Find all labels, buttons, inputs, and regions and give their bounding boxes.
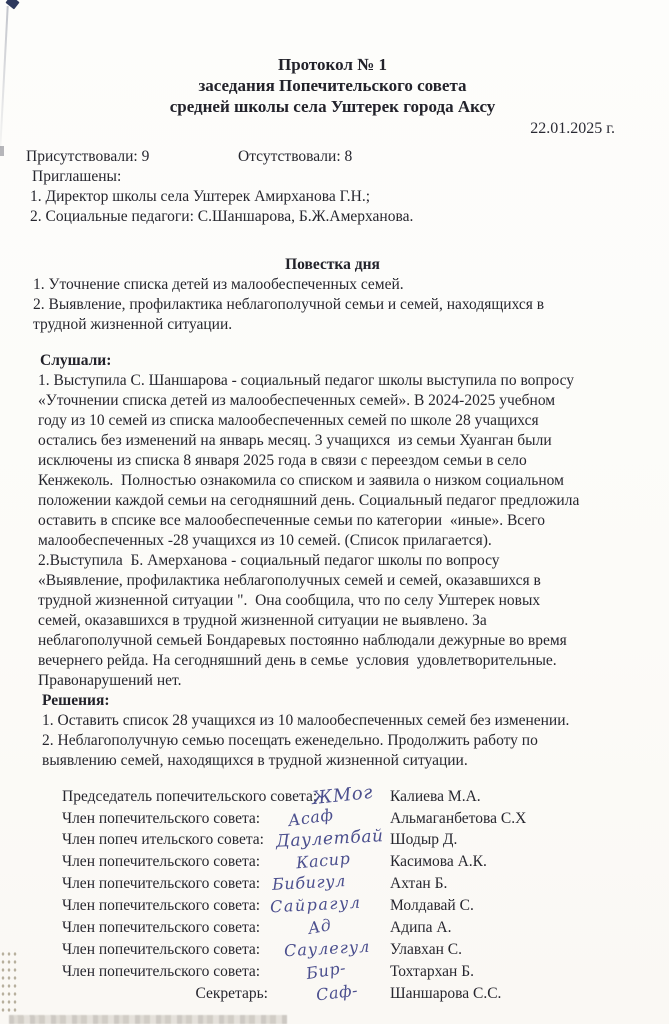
signature-row: Член попеч ительского совета: Даулетбай … (62, 829, 639, 850)
handwritten-signature: Саф- (315, 980, 359, 1006)
heard-paragraph-1: 1. Выступила С. Шаншарова - социальный п… (38, 371, 639, 551)
signature-name: Адипа А. (390, 917, 639, 938)
signature-name: Шаншарова С.С. (390, 983, 639, 1004)
attendance-row: Присутствовали: 9 Отсутствовали: 8 (26, 147, 639, 167)
signature-row: Член попечительского совета: Сайрагул Мо… (62, 894, 639, 916)
signature-row-secretary: Секретарь: Саф- Шаншарова С.С. (62, 982, 639, 1004)
signature-row: Член попечительского совета: Асаф Альмаг… (62, 807, 639, 829)
absent-count: Отсутствовали: 8 (238, 147, 352, 167)
signature-role-label: Член попечительского совета: (62, 873, 282, 894)
heard-paragraph-2: 2.Выступила Б. Амерханова - социальный п… (38, 551, 639, 691)
handwritten-signature: Бибигул (272, 870, 347, 895)
signature-cell: Даулетбай (282, 829, 390, 850)
decisions-body: 1. Оставить список 28 учащихся из 10 мал… (42, 711, 639, 771)
signature-row: Член попечительского совета: Саулегул Ул… (62, 938, 639, 960)
signature-role-label: Член попечительского совета: (62, 808, 282, 829)
signature-role-label: Член попечительского совета: (62, 961, 282, 982)
signature-row: Член попечительского совета: Бир- Тохтар… (62, 960, 639, 982)
signature-cell: Бир- (282, 960, 390, 982)
signature-row: Член попечительского совета: Бибигул Ахт… (62, 872, 639, 894)
handwritten-signature: Асаф (287, 804, 335, 831)
handwritten-signature: Сайрагул (270, 892, 362, 918)
agenda-item-1: 1. Уточнение списка детей из малообеспеч… (33, 275, 639, 295)
signature-row: Председатель попечительского совета: ЖМо… (62, 785, 639, 807)
signature-cell: ЖМог (282, 785, 390, 807)
handwritten-signature: Бир- (305, 957, 348, 984)
signature-name: Молдавай С. (390, 895, 639, 916)
scan-bottom-strip (9, 1015, 287, 1024)
signature-role-label: Член попеч ительского совета: (62, 829, 282, 850)
scanned-protocol-page: Протокол № 1 заседания Попечительского с… (0, 0, 669, 1024)
signature-cell: Бибигул (282, 872, 390, 894)
signature-cell: Саулегул (282, 938, 390, 960)
agenda-item-2: 2. Выявление, профилактика неблагополучн… (33, 295, 639, 335)
document-title: Протокол № 1 заседания Попечительского с… (26, 54, 639, 117)
invited-item-1: 1. Директор школы села Уштерек Амирханов… (30, 187, 639, 207)
handwritten-signature: Саулегул (284, 936, 371, 961)
present-count: Присутствовали: 9 (26, 147, 238, 167)
document-date: 22.01.2025 г. (26, 119, 639, 139)
invited-heading: Приглашены: (32, 167, 639, 187)
agenda-heading: Повестка дня (26, 255, 639, 275)
signature-name: Калиева М.А. (390, 786, 639, 807)
signature-name: Касимова А.К. (390, 851, 639, 872)
signature-name: Тохтархан Б. (390, 961, 639, 982)
signature-role-label: Член попечительского совета: (62, 895, 282, 916)
decisions-heading: Решения: (42, 691, 639, 711)
invited-item-2: 2. Социальные педагоги: С.Шаншарова, Б.Ж… (30, 207, 639, 227)
heard-heading: Слушали: (40, 351, 639, 371)
signature-name: Ахтан Б. (390, 873, 639, 894)
signature-cell: Ад (282, 916, 390, 938)
signature-role-label: Председатель попечительского совета: (62, 786, 282, 807)
signature-cell: Саф- (282, 982, 390, 1004)
signature-block: Председатель попечительского совета: ЖМо… (62, 785, 639, 1004)
signature-row: Член попечительского совета: Ад Адипа А. (62, 916, 639, 938)
signature-name: Альмаганбетова С.Х (390, 808, 639, 829)
signature-cell: Сайрагул (282, 894, 390, 916)
signature-role-label: Член попечительского совета: (62, 917, 282, 938)
signature-role-label: Секретарь: (62, 983, 282, 1004)
signature-role-label: Член попечительского совета: (62, 851, 282, 872)
handwritten-signature: Ад (306, 914, 333, 939)
signature-role-label: Член попечительского совета: (62, 939, 282, 960)
signature-row: Член попечительского совета: Касир Касим… (62, 850, 639, 872)
signature-cell: Касир (282, 850, 390, 872)
signature-name: Улавхан С. (390, 939, 639, 960)
signature-name: Шодыр Д. (390, 829, 639, 850)
document-content: Протокол № 1 заседания Попечительского с… (0, 0, 669, 1004)
